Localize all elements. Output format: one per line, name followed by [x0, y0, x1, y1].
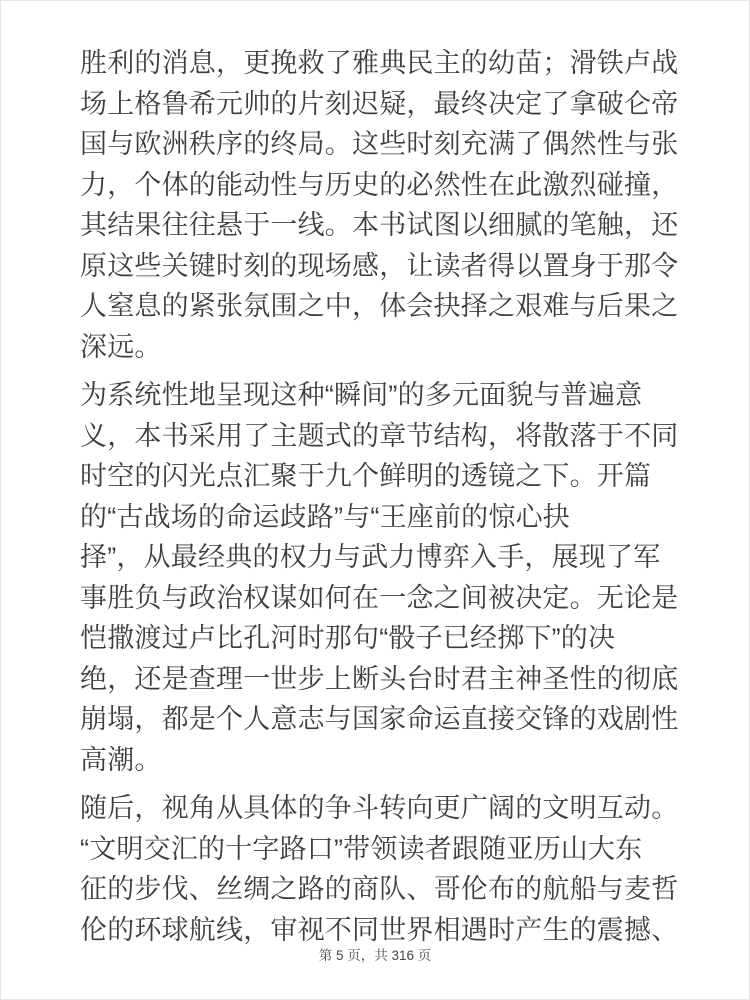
text-line: 时空的闪光点汇聚于九个鲜明的透镜之下。开篇 [80, 456, 680, 497]
paragraph: 胜利的消息，更挽救了雅典民主的幼苗；滑铁卢战场上格鲁希元帅的片刻迟疑，最终决定了… [80, 43, 680, 367]
text-line: 崩塌，都是个人意志与国家命运直接交锋的戏剧性 [80, 699, 680, 740]
text-line: 为系统性地呈现这种“瞬间”的多元面貌与普遍意 [80, 375, 680, 416]
text-line: 随后，视角从具体的争斗转向更广阔的文明互动。 [80, 788, 680, 829]
document-body: 胜利的消息，更挽救了雅典民主的幼苗；滑铁卢战场上格鲁希元帅的片刻迟疑，最终决定了… [80, 43, 680, 958]
page-number-footer: 第 5 页，共 316 页 [0, 948, 750, 964]
paragraph: 为系统性地呈现这种“瞬间”的多元面貌与普遍意义，本书采用了主题式的章节结构，将散… [80, 375, 680, 780]
text-line: 场上格鲁希元帅的片刻迟疑，最终决定了拿破仑帝 [80, 84, 680, 125]
text-line: “文明交汇的十字路口”带领读者跟随亚历山大东 [80, 829, 680, 870]
text-line: 原这些关键时刻的现场感，让读者得以置身于那令 [80, 246, 680, 287]
text-line: 力，个体的能动性与历史的必然性在此激烈碰撞， [80, 165, 680, 206]
text-line: 伦的环球航线，审视不同世界相遇时产生的震撼、 [80, 910, 680, 951]
text-line: 事胜负与政治权谋如何在一念之间被决定。无论是 [80, 578, 680, 619]
document-page: { "page": { "background_color": "#ffffff… [0, 0, 750, 1000]
text-line: 的“古战场的命运歧路”与“王座前的惊心抉 [80, 497, 680, 538]
text-line: 义，本书采用了主题式的章节结构，将散落于不同 [80, 416, 680, 457]
text-line: 国与欧洲秩序的终局。这些时刻充满了偶然性与张 [80, 124, 680, 165]
text-line: 深远。 [80, 327, 680, 368]
text-line: 恺撒渡过卢比孔河时那句“骰子已经掷下”的决 [80, 618, 680, 659]
text-line: 其结果往往悬于一线。本书试图以细腻的笔触，还 [80, 205, 680, 246]
text-line: 人窒息的紧张氛围之中，体会抉择之艰难与后果之 [80, 286, 680, 327]
text-line: 胜利的消息，更挽救了雅典民主的幼苗；滑铁卢战 [80, 43, 680, 84]
paragraph: 随后，视角从具体的争斗转向更广阔的文明互动。“文明交汇的十字路口”带领读者跟随亚… [80, 788, 680, 950]
text-line: 择”，从最经典的权力与武力博弈入手，展现了军 [80, 537, 680, 578]
text-line: 征的步伐、丝绸之路的商队、哥伦布的航船与麦哲 [80, 869, 680, 910]
text-line: 绝，还是查理一世步上断头台时君主神圣性的彻底 [80, 659, 680, 700]
text-line: 高潮。 [80, 740, 680, 781]
